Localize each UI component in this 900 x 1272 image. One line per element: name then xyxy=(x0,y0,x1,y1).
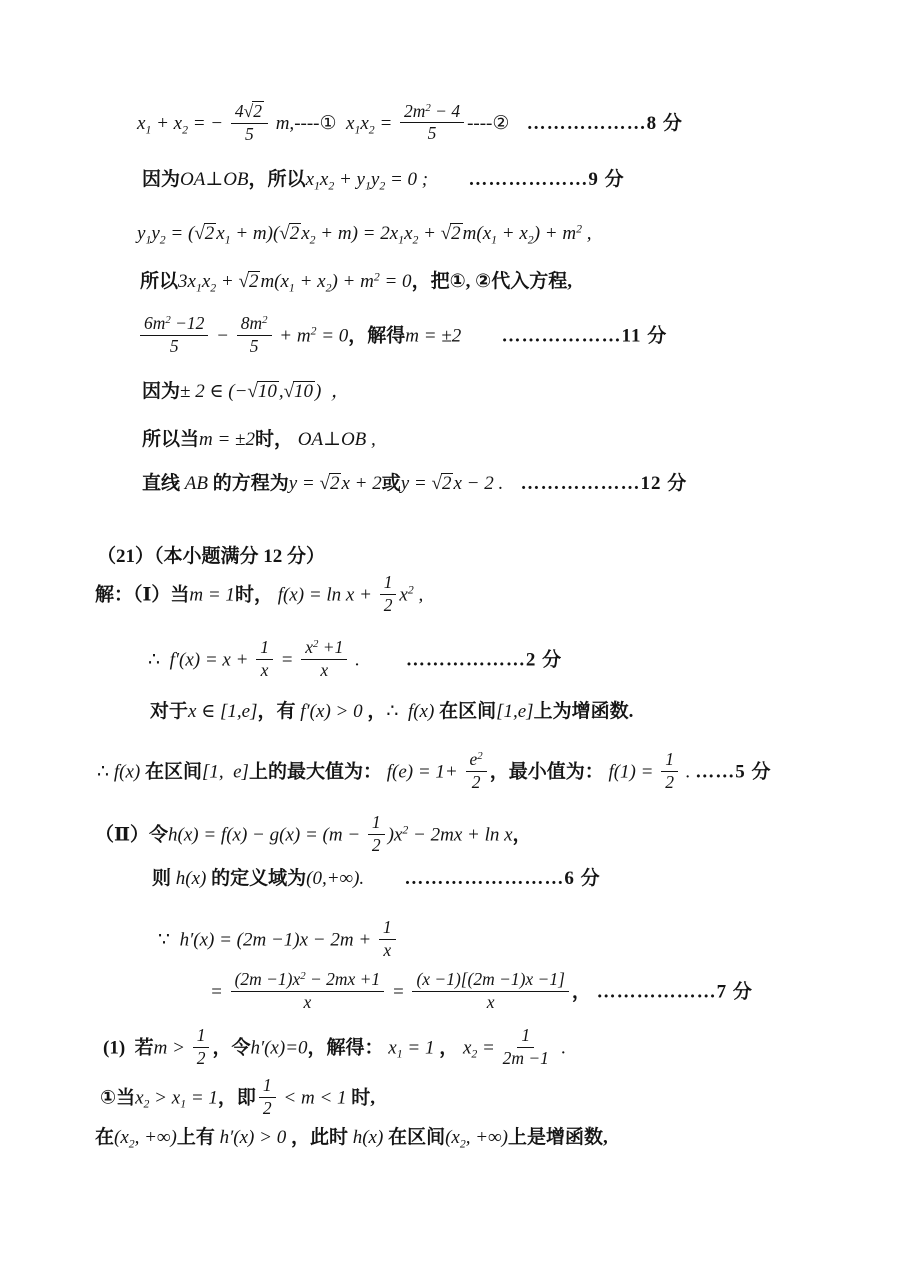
fraction: e22 xyxy=(466,750,487,792)
text-run: x ∈ [1,e] xyxy=(188,701,257,722)
text-run: x xyxy=(306,169,314,190)
text-run: ，即 xyxy=(218,1087,256,1108)
doc-line-increasing-on-interval: 对于x ∈ [1,e]，有 f′(x) > 0 ，∴ f(x) 在区间[1,e]… xyxy=(150,700,633,724)
doc-line-derivative-h: ∵ h′(x) = (2m −1)x − 2m + 1x xyxy=(158,920,399,962)
text-run: （21）（本小题满分 12 分） xyxy=(97,546,325,567)
text-run: 1 xyxy=(665,749,674,769)
text-run: . xyxy=(552,1037,566,1058)
text-run: = 1 xyxy=(403,1037,440,1058)
text-run: ----① xyxy=(294,113,336,134)
radicand: 2 xyxy=(204,223,217,244)
text-run: = − xyxy=(188,113,228,134)
text-run: + x xyxy=(497,223,528,244)
text-run: 所以 xyxy=(140,271,178,292)
text-run: ∴ f(x) xyxy=(97,761,145,782)
text-run: − 2mx + ln x xyxy=(408,824,512,845)
numerator: 1 xyxy=(368,813,385,835)
fraction: 6m2 −125 xyxy=(140,314,208,356)
text-run: x xyxy=(384,1037,397,1058)
doc-line-derivative-f: ∴ f′(x) = x + 1x = x2 +1x . ………………2 分 xyxy=(148,640,562,682)
fraction: 12 xyxy=(368,813,385,855)
numerator: 1 xyxy=(193,1026,210,1048)
text-run: 因为 xyxy=(142,381,180,402)
text-run: 上为增函数. xyxy=(534,701,634,722)
fraction: 4√25 xyxy=(231,101,268,144)
text-run: 上是增函数, xyxy=(508,1127,608,1148)
text-run: 5 xyxy=(245,124,254,144)
text-run: = 0 xyxy=(316,325,348,346)
fraction: (x −1)[(2m −1)x −1]x xyxy=(412,970,568,1012)
text-run: ∴ f′(x) = x + xyxy=(148,649,253,670)
doc-line-max-min-values: ∴ f(x) 在区间[1, e]上的最大值为： f(e) = 1+ e22，最小… xyxy=(97,752,771,794)
text-run: 2 xyxy=(442,473,452,494)
text-run: [1,e] xyxy=(496,701,533,722)
text-run: h(x) = f(x) − g(x) = (m − xyxy=(168,824,365,845)
text-run: (x xyxy=(114,1127,129,1148)
text-run: 1 xyxy=(372,812,381,832)
text-run: 直线 xyxy=(142,473,180,494)
fraction: 12 xyxy=(259,1076,276,1118)
text-run: ) ， xyxy=(315,381,350,402)
radicand: 2 xyxy=(441,473,454,494)
numerator: 1 xyxy=(259,1076,276,1098)
text-run: （Ⅱ）令 xyxy=(95,824,168,845)
text-run: ) + m xyxy=(331,271,373,292)
text-run: (x −1)[(2m −1)x −1] xyxy=(416,969,564,989)
denominator: 5 xyxy=(245,124,254,145)
denominator: 2 xyxy=(372,835,381,856)
text-run: 2 xyxy=(262,313,267,333)
denominator: 5 xyxy=(170,336,179,357)
text-run: 2 xyxy=(384,595,393,615)
text-run: 8m xyxy=(241,313,262,333)
text-run: , xyxy=(414,584,424,605)
text-run: 因为 xyxy=(142,169,180,190)
text-run: 时， xyxy=(235,584,273,605)
text-run: ， xyxy=(572,981,591,1002)
text-run: OA⊥OB xyxy=(180,169,249,190)
square-root: √2 xyxy=(194,222,216,246)
radicand: 2 xyxy=(329,473,342,494)
scanned-math-solution: { "page": { "width": 900, "height": 1272… xyxy=(0,0,900,1272)
square-root: √2 xyxy=(279,222,301,246)
numerator: 6m2 −12 xyxy=(140,314,208,336)
text-run: x xyxy=(337,113,355,134)
text-run: ) + m xyxy=(534,223,576,244)
numerator: 1 xyxy=(256,638,273,660)
text-run: ∵ h′(x) = (2m −1)x − 2m + xyxy=(158,929,376,950)
text-run: h′(x)=0 xyxy=(250,1037,307,1058)
text-run: 时， xyxy=(255,429,293,450)
document-page: x1 + x2 = − 4√25 m,----① x1x2 = 2m2 − 45… xyxy=(0,0,900,1272)
denominator: 5 xyxy=(250,336,259,357)
text-run: 5 xyxy=(428,123,437,143)
numerator: 1 xyxy=(517,1026,534,1048)
denominator: x xyxy=(320,660,328,681)
text-run: AB xyxy=(180,473,213,494)
text-run: ①当 xyxy=(100,1087,135,1108)
text-run: 4 xyxy=(235,101,244,121)
text-run: 5 xyxy=(250,336,259,356)
text-run: ，最小值为： xyxy=(490,761,604,782)
text-run: f(1) = xyxy=(604,761,659,782)
text-run: x xyxy=(383,940,391,960)
text-run: ，所以 xyxy=(249,169,306,190)
doc-line-increasing-conclusion: 在(x2, +∞)上有 h′(x) > 0 ，此时 h(x) 在区间(x2, +… xyxy=(95,1126,608,1150)
doc-line-m-in-range: 因为± 2 ∈ (−√10,√10) ， xyxy=(142,380,350,404)
fraction: x2 +1x xyxy=(301,638,347,680)
denominator: 2 xyxy=(197,1048,206,1069)
text-run: , +∞) xyxy=(135,1127,177,1148)
text-run: = xyxy=(375,113,397,134)
text-run: m(x xyxy=(463,223,491,244)
text-run: x + 2 xyxy=(341,473,381,494)
denominator: 5 xyxy=(428,123,437,144)
text-run: 2 xyxy=(372,835,381,855)
text-run: f(e) = 1+ xyxy=(382,761,463,782)
text-run: + m) = 2x xyxy=(316,223,399,244)
text-run: (1) 若 xyxy=(103,1037,154,1058)
doc-line-subcase-1: ①当x2 > x1 = 1，即12 < m < 1 时, xyxy=(100,1078,375,1120)
square-root: √2 xyxy=(244,101,264,122)
text-run: ………………11 分 xyxy=(461,325,667,346)
doc-line-solve-m: 6m2 −125 − 8m25 + m2 = 0，解得m = ±2 ………………… xyxy=(137,316,667,358)
doc-line-line-ab-equation: 直线 AB 的方程为y = √2x + 2或y = √2x − 2 . …………… xyxy=(142,472,687,496)
numerator: 1 xyxy=(379,918,396,940)
text-run: ……………………6 分 xyxy=(364,868,601,889)
fraction: 12 xyxy=(380,573,397,615)
text-run: , +∞) xyxy=(466,1127,508,1148)
denominator: x xyxy=(383,940,391,961)
radicand: 2 xyxy=(289,223,302,244)
text-run: − 4 xyxy=(431,101,460,121)
denominator: x xyxy=(303,992,311,1013)
text-run: − xyxy=(211,325,233,346)
text-run: 2m −1 xyxy=(503,1048,549,1068)
text-run: , xyxy=(582,223,592,244)
text-run: 10 xyxy=(258,381,277,402)
text-run: y = xyxy=(401,473,432,494)
text-run: = 0 xyxy=(380,271,412,292)
text-run: 2 xyxy=(665,772,674,792)
text-run: f′(x) > 0 xyxy=(296,701,368,722)
numerator: 1 xyxy=(380,573,397,595)
text-run: 2 xyxy=(330,473,340,494)
text-run: x xyxy=(487,992,495,1012)
text-run: h′(x) > 0 xyxy=(215,1127,291,1148)
denominator: x xyxy=(261,660,269,681)
text-run: 1 xyxy=(260,637,269,657)
text-run: 2 xyxy=(205,223,215,244)
text-run: 2 xyxy=(477,749,482,769)
text-run: ∴ f(x) xyxy=(386,701,439,722)
fraction: 1x xyxy=(379,918,396,960)
text-run: x xyxy=(360,113,368,134)
doc-line-conclusion-perpendicular: 所以当m = ±2时， OA⊥OB , xyxy=(142,428,376,452)
text-run: + y xyxy=(334,169,365,190)
doc-line-eq-sum-and-product: x1 + x2 = − 4√25 m,----① x1x2 = 2m2 − 45… xyxy=(137,103,683,146)
denominator: 2 xyxy=(665,772,674,793)
text-run: = xyxy=(477,1037,499,1058)
doc-line-problem-21-header: （21）（本小题满分 12 分） xyxy=(97,545,325,569)
numerator: 2m2 − 4 xyxy=(400,102,464,124)
text-run: x xyxy=(301,223,309,244)
text-run: x xyxy=(399,584,407,605)
text-run: ，令 xyxy=(212,1037,250,1058)
text-run: 1 xyxy=(383,917,392,937)
doc-line-part-1-setup: 解：（Ⅰ）当m = 1时， f(x) = ln x + 12x2 , xyxy=(95,575,423,617)
denominator: 2 xyxy=(384,595,393,616)
text-run: 2 xyxy=(472,772,481,792)
text-run: ± 2 ∈ (− xyxy=(180,381,247,402)
denominator: x xyxy=(487,992,495,1013)
numerator: 4√2 xyxy=(231,101,268,124)
doc-line-domain-of-h: 则 h(x) 的定义域为(0,+∞). ……………………6 分 xyxy=(152,867,601,891)
text-run: + x xyxy=(151,113,182,134)
fraction: 2m2 − 45 xyxy=(400,102,464,144)
text-run: ， xyxy=(439,1037,458,1058)
text-run: −12 xyxy=(171,313,205,333)
text-run: 6m xyxy=(144,313,165,333)
text-run: = ( xyxy=(166,223,195,244)
text-run: x − 2 . xyxy=(453,473,503,494)
text-run: 时, xyxy=(351,1087,375,1108)
text-run: 的方程为 xyxy=(213,473,289,494)
text-run: x xyxy=(303,992,311,1012)
text-run: 1 xyxy=(521,1025,530,1045)
text-run: 2 xyxy=(290,223,300,244)
text-run: ………………8 分 xyxy=(509,113,683,134)
text-run: − 2mx +1 xyxy=(306,969,381,989)
text-run: 解：（Ⅰ）当 xyxy=(95,584,189,605)
doc-line-derivative-h-factored: = (2m −1)x2 − 2mx +1x = (x −1)[(2m −1)x … xyxy=(210,972,753,1014)
text-run: ，有 xyxy=(257,701,295,722)
text-run: 在 xyxy=(95,1127,114,1148)
fraction: 12 xyxy=(661,750,678,792)
text-run: 2 xyxy=(197,1048,206,1068)
text-run: e xyxy=(470,749,478,769)
denominator: 2 xyxy=(263,1098,272,1119)
doc-line-case-1-roots: (1) 若m > 12，令h′(x)=0，解得： x1 = 1 ， x2 = 1… xyxy=(103,1028,566,1070)
text-run: = xyxy=(387,981,409,1002)
text-run: + xyxy=(418,223,440,244)
text-run: 所以当 xyxy=(142,429,199,450)
text-run: . xyxy=(681,761,695,782)
fraction: 12 xyxy=(193,1026,210,1068)
text-run: 或 xyxy=(382,473,401,494)
text-run: f(x) = ln x + xyxy=(273,584,377,605)
text-run: + m)( xyxy=(231,223,280,244)
square-root: √2 xyxy=(441,222,463,246)
text-run: ………………12 分 xyxy=(503,473,687,494)
text-run: + xyxy=(216,271,238,292)
text-run: 1 xyxy=(197,1025,206,1045)
text-run: h(x) xyxy=(348,1127,388,1148)
text-run: 2 xyxy=(253,101,262,121)
text-run: ----② xyxy=(467,113,509,134)
numerator: (2m −1)x2 − 2mx +1 xyxy=(231,970,385,992)
text-run: 则 xyxy=(152,868,171,889)
text-run: (2m −1)x xyxy=(235,969,301,989)
square-root: √10 xyxy=(247,380,278,404)
numerator: 8m2 xyxy=(237,314,272,336)
radicand: 10 xyxy=(257,381,279,402)
text-run: m = ±2 xyxy=(199,429,255,450)
square-root: √2 xyxy=(320,472,342,496)
text-run: = xyxy=(276,649,298,670)
text-run: 1 xyxy=(384,572,393,592)
text-run: ， xyxy=(513,824,532,845)
numerator: (x −1)[(2m −1)x −1] xyxy=(412,970,568,992)
text-run: < m < 1 xyxy=(279,1087,352,1108)
text-run: m = ±2 xyxy=(405,325,461,346)
text-run: ………………7 分 xyxy=(591,981,753,1002)
text-run: +1 xyxy=(318,637,343,657)
text-run: ，解得 xyxy=(348,325,405,346)
text-run: 1 xyxy=(263,1075,272,1095)
text-run: ……5 分 xyxy=(695,761,771,782)
text-run: 对于 xyxy=(150,701,188,722)
fraction: 1x xyxy=(256,638,273,680)
text-run: = 1 xyxy=(186,1087,218,1108)
doc-line-part-2-define-h: （Ⅱ）令h(x) = f(x) − g(x) = (m − 12)x2 − 2m… xyxy=(95,815,532,857)
text-run: 在区间 xyxy=(439,701,496,722)
text-run: m, xyxy=(271,113,294,134)
text-run: 2 xyxy=(451,223,461,244)
text-run: [1, e] xyxy=(202,761,249,782)
text-run: 10 xyxy=(294,381,313,402)
text-run: + m xyxy=(275,325,311,346)
text-run: ，把①, ②代入方程, xyxy=(412,271,572,292)
text-run: + x xyxy=(295,271,326,292)
text-run: 2 xyxy=(263,1098,272,1118)
text-run: . xyxy=(350,649,360,670)
text-run: x xyxy=(261,660,269,680)
doc-line-y1y2-expansion: y1y2 = (√2x1 + m)(√2x2 + m) = 2x1x2 + √2… xyxy=(137,222,591,246)
text-run: 上的最大值为： xyxy=(249,761,382,782)
numerator: x2 +1 xyxy=(301,638,347,660)
text-run: = xyxy=(210,981,228,1002)
text-run: )x xyxy=(388,824,403,845)
text-run: y = xyxy=(289,473,320,494)
text-run: x xyxy=(216,223,224,244)
text-run: 3x xyxy=(178,271,196,292)
text-run: (0,+∞). xyxy=(306,868,364,889)
text-run: x xyxy=(458,1037,471,1058)
fraction: 12m −1 xyxy=(503,1026,549,1068)
text-run: m > xyxy=(154,1037,190,1058)
square-root: √2 xyxy=(432,472,454,496)
text-run: y xyxy=(151,223,159,244)
text-run: OA⊥OB , xyxy=(293,429,376,450)
text-run: ，此时 xyxy=(291,1127,348,1148)
square-root: √2 xyxy=(239,270,261,294)
doc-line-substitute-equation: 所以3x1x2 + √2m(x1 + x2) + m2 = 0，把①, ②代入方… xyxy=(140,270,572,294)
radicand: 2 xyxy=(450,223,463,244)
text-run: 2m xyxy=(404,101,425,121)
text-run: > x xyxy=(149,1087,180,1108)
text-run: 5 xyxy=(170,336,179,356)
text-run: x xyxy=(320,660,328,680)
text-run: = 0 ; xyxy=(385,169,428,190)
text-run: ………………2 分 xyxy=(360,649,562,670)
text-run: 在区间 xyxy=(388,1127,445,1148)
denominator: 2 xyxy=(472,772,481,793)
text-run: x xyxy=(404,223,412,244)
fraction: 8m25 xyxy=(237,314,272,356)
text-run: x xyxy=(135,1087,143,1108)
text-run: ，解得： xyxy=(308,1037,384,1058)
square-root: √10 xyxy=(284,380,315,404)
text-run: 2 xyxy=(249,271,259,292)
fraction: (2m −1)x2 − 2mx +1x xyxy=(231,970,385,1012)
text-run: x xyxy=(305,637,313,657)
text-run: ………………9 分 xyxy=(428,169,625,190)
text-run: 在区间 xyxy=(145,761,202,782)
radicand: 2 xyxy=(248,271,261,292)
radicand: 10 xyxy=(293,381,315,402)
text-run: m = 1 xyxy=(189,584,235,605)
text-run: 上有 xyxy=(177,1127,215,1148)
text-run: ， xyxy=(367,701,386,722)
radicand: 2 xyxy=(252,101,264,120)
text-run: m(x xyxy=(260,271,288,292)
text-run: h(x) xyxy=(171,868,211,889)
numerator: e2 xyxy=(466,750,487,772)
numerator: 1 xyxy=(661,750,678,772)
text-run: 的定义域为 xyxy=(211,868,306,889)
text-run: (x xyxy=(445,1127,460,1148)
doc-line-perpendicular-condition: 因为OA⊥OB，所以x1x2 + y1y2 = 0 ; ………………9 分 xyxy=(142,168,625,192)
denominator: 2m −1 xyxy=(503,1048,549,1069)
